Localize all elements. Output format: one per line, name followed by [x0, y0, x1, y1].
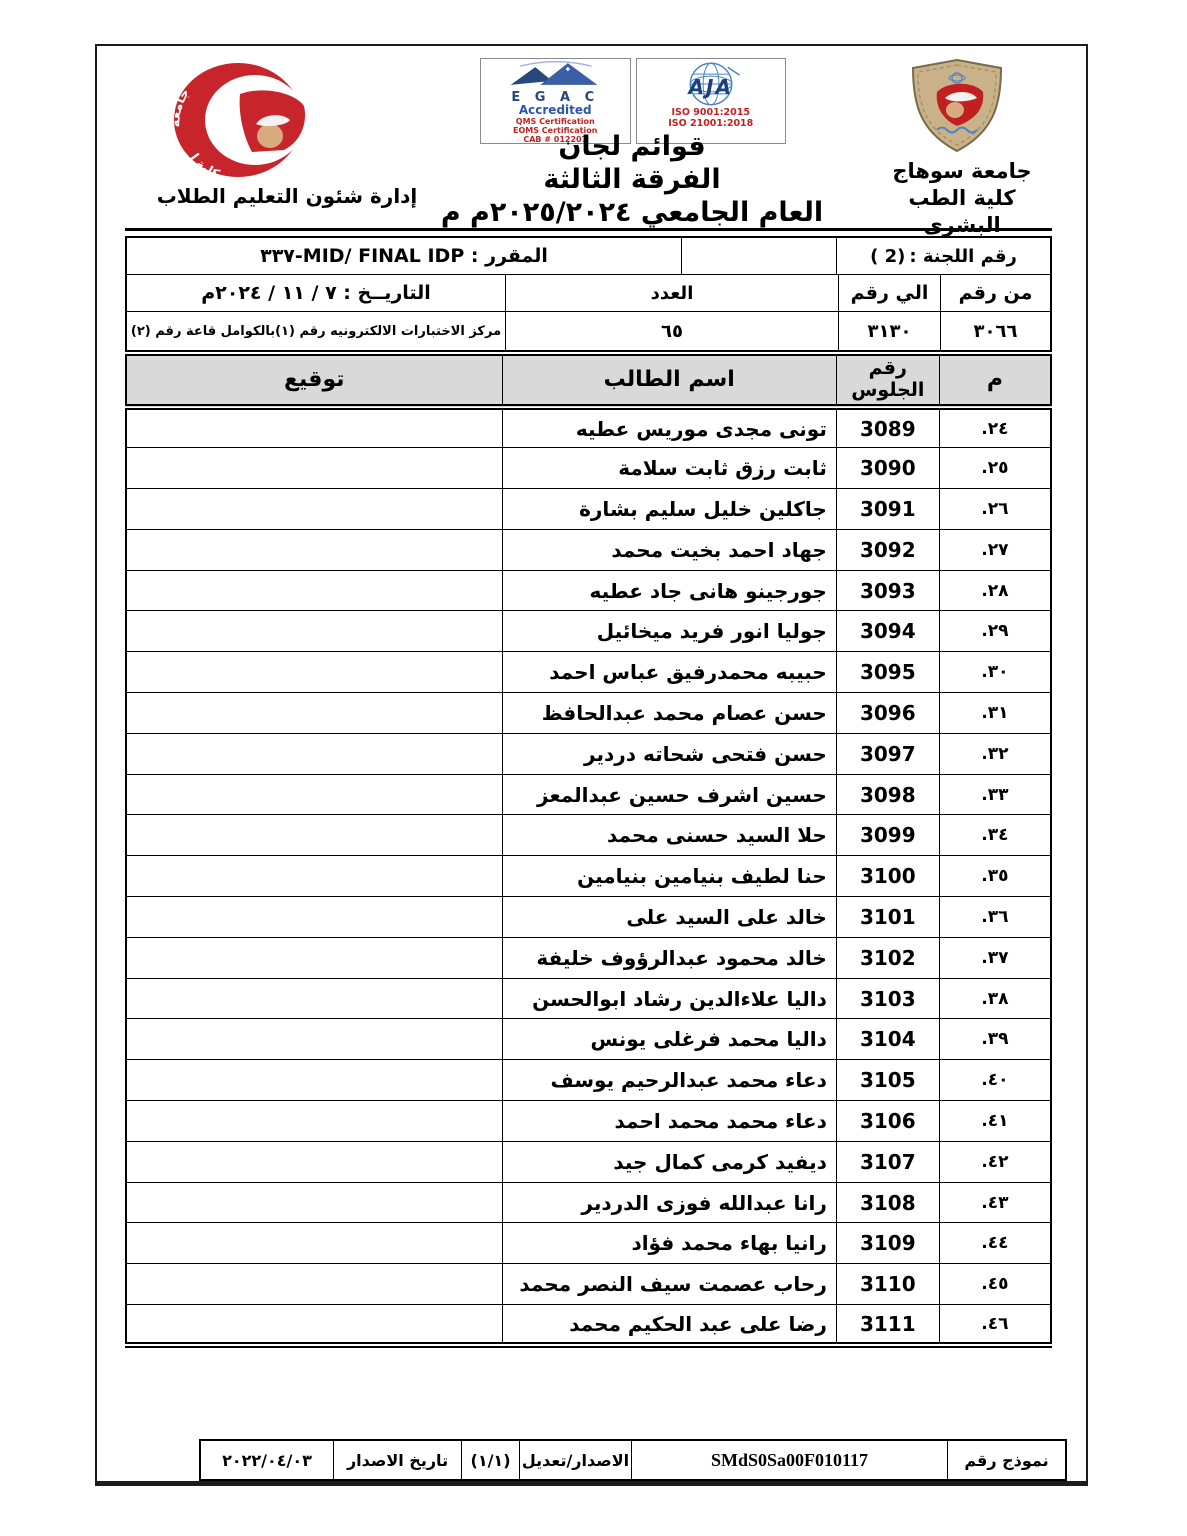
- student-name: جهاد احمد بخيت محمد: [502, 529, 836, 570]
- row-number: ٤٦.: [939, 1305, 1051, 1346]
- signature-cell: [126, 1223, 502, 1264]
- iso-line: ISO 9001:2015: [637, 107, 786, 118]
- student-name: خالد على السيد على: [502, 897, 836, 938]
- seat-number: 3095: [836, 652, 939, 693]
- signature-cell: [126, 897, 502, 938]
- signature-cell: [126, 1101, 502, 1142]
- student-row: ٢٥. 3090 ثابت رزق ثابت سلامة: [126, 448, 1051, 489]
- seat-number: 3108: [836, 1182, 939, 1223]
- to-number-label: الي رقم: [838, 275, 940, 311]
- student-name: حبيبه محمدرفيق عباس احمد: [502, 652, 836, 693]
- title-line-1: قوائم لجان: [382, 130, 882, 163]
- seat-number: 3103: [836, 978, 939, 1019]
- signature-cell: [126, 407, 502, 448]
- col-header-seat: رقم الجلوس: [836, 355, 939, 407]
- signature-cell: [126, 489, 502, 530]
- issue-value: (١/١): [461, 1441, 519, 1479]
- student-row: ٤٤. 3109 رانيا بهاء محمد فؤاد: [126, 1223, 1051, 1264]
- committee-number: رقم اللجنة : ( 2): [836, 238, 1050, 274]
- info-row-3: ٣٠٦٦ ٣١٣٠ ٦٥ مركز الاختبارات الالكترونيه…: [127, 312, 1050, 350]
- seat-number: 3111: [836, 1305, 939, 1346]
- seat-number: 3110: [836, 1264, 939, 1305]
- student-row: ٤٦. 3111 رضا على عبد الحكيم محمد: [126, 1305, 1051, 1346]
- mountains-icon: [481, 61, 629, 87]
- student-row: ٣٠. 3095 حبيبه محمدرفيق عباس احمد: [126, 652, 1051, 693]
- info-empty-cell: [681, 238, 836, 274]
- seat-number: 3094: [836, 611, 939, 652]
- student-row: ٤١. 3106 دعاء محمد محمد احمد: [126, 1101, 1051, 1142]
- row-number: ٣٣.: [939, 774, 1051, 815]
- signature-cell: [126, 529, 502, 570]
- row-number: ٣٩.: [939, 1019, 1051, 1060]
- seat-number: 3096: [836, 693, 939, 734]
- student-row: ٤٣. 3108 رانا عبدالله فوزى الدردير: [126, 1182, 1051, 1223]
- document-page: جامعة سوهاج كلية الطب إدارة شئون التعليم…: [0, 0, 1187, 1536]
- student-row: ٢٤. 3089 تونى مجدى موريس عطيه: [126, 407, 1051, 448]
- row-number: ٢٦.: [939, 489, 1051, 530]
- row-number: ٢٨.: [939, 570, 1051, 611]
- row-number: ٢٤.: [939, 407, 1051, 448]
- seat-number: 3101: [836, 897, 939, 938]
- signature-cell: [126, 856, 502, 897]
- seat-number: 3089: [836, 407, 939, 448]
- page-border-frame: جامعة سوهاج كلية الطب إدارة شئون التعليم…: [95, 44, 1088, 1486]
- student-name: ديفيد كرمى كمال جيد: [502, 1141, 836, 1182]
- student-row: ٢٧. 3092 جهاد احمد بخيت محمد: [126, 529, 1051, 570]
- student-name: حسن فتحى شحاته دردير: [502, 733, 836, 774]
- signature-cell: [126, 448, 502, 489]
- exam-location: مركز الاختبارات الالكترونيه رقم (١)بالكو…: [127, 312, 505, 350]
- roster-header-row: م رقم الجلوس اسم الطالب توقيع: [126, 355, 1051, 407]
- shield-icon: [905, 58, 1009, 154]
- signature-cell: [126, 1305, 502, 1346]
- row-number: ٤٣.: [939, 1182, 1051, 1223]
- student-name: حلا السيد حسنى محمد: [502, 815, 836, 856]
- student-row: ٣٨. 3103 داليا علاءالدين رشاد ابوالحسن: [126, 978, 1051, 1019]
- aja-letters: AJA: [689, 75, 733, 99]
- student-name: رانيا بهاء محمد فؤاد: [502, 1223, 836, 1264]
- student-name: داليا علاءالدين رشاد ابوالحسن: [502, 978, 836, 1019]
- title-line-2: الفرقة الثالثة: [382, 163, 882, 196]
- seat-number: 3098: [836, 774, 939, 815]
- info-row-2: من رقم الي رقم العدد التاريــخ : ٧ / ١١ …: [127, 275, 1050, 312]
- count-value: ٦٥: [505, 312, 838, 350]
- faculty-crescent-logo: جامعة سوهاج كلية الطب: [152, 58, 332, 182]
- student-row: ٢٦. 3091 جاكلين خليل سليم بشارة: [126, 489, 1051, 530]
- course-code: المقرر : MID/ FINAL IDP-٣٣٧: [127, 238, 681, 274]
- seat-number: 3093: [836, 570, 939, 611]
- row-number: ٤٤.: [939, 1223, 1051, 1264]
- col-header-name: اسم الطالب: [502, 355, 836, 407]
- row-number: ٣٥.: [939, 856, 1051, 897]
- egac-cert-line: QMS Certification: [481, 117, 630, 126]
- issue-label: الاصدار/تعديل: [519, 1441, 631, 1479]
- seat-number: 3105: [836, 1060, 939, 1101]
- form-number-label: نموذج رقم: [947, 1441, 1065, 1479]
- student-row: ٣١. 3096 حسن عصام محمد عبدالحافظ: [126, 693, 1051, 734]
- university-name: جامعة سوهاج: [867, 158, 1057, 185]
- student-row: ٢٨. 3093 جورجينو هانى جاد عطيه: [126, 570, 1051, 611]
- row-number: ٣١.: [939, 693, 1051, 734]
- form-code: SMdS0Sa00F010117: [631, 1441, 947, 1479]
- student-row: ٤٥. 3110 رحاب عصمت سيف النصر محمد: [126, 1264, 1051, 1305]
- student-name: خالد محمود عبدالرؤوف خليفة: [502, 937, 836, 978]
- signature-cell: [126, 1141, 502, 1182]
- row-number: ٤١.: [939, 1101, 1051, 1142]
- organization-title: جامعة سوهاج كلية الطب البشرى: [867, 158, 1057, 239]
- student-name: ثابت رزق ثابت سلامة: [502, 448, 836, 489]
- title-line-3: العام الجامعي ٢٠٢٥/٢٠٢٤م م: [382, 196, 882, 229]
- seat-number: 3109: [836, 1223, 939, 1264]
- student-roster-table: م رقم الجلوس اسم الطالب توقيع ٢٤. 3089 ت…: [125, 354, 1052, 1348]
- seat-number: 3100: [836, 856, 939, 897]
- signature-cell: [126, 1182, 502, 1223]
- signature-cell: [126, 978, 502, 1019]
- exam-info-table: رقم اللجنة : ( 2) المقرر : MID/ FINAL ID…: [125, 236, 1052, 352]
- seat-number: 3090: [836, 448, 939, 489]
- row-number: ٣٧.: [939, 937, 1051, 978]
- signature-cell: [126, 652, 502, 693]
- student-name: جاكلين خليل سليم بشارة: [502, 489, 836, 530]
- student-row: ٣٧. 3102 خالد محمود عبدالرؤوف خليفة: [126, 937, 1051, 978]
- seat-number: 3091: [836, 489, 939, 530]
- student-name: دعاء محمد محمد احمد: [502, 1101, 836, 1142]
- student-name: جوليا انور فريد ميخائيل: [502, 611, 836, 652]
- row-number: ٤٢.: [939, 1141, 1051, 1182]
- exam-date: التاريــخ : ٧ / ١١ / ٢٠٢٤م: [127, 275, 505, 311]
- student-name: حسين اشرف حسين عبدالمعز: [502, 774, 836, 815]
- faculty-name: كلية الطب البشرى: [867, 185, 1057, 239]
- from-number-label: من رقم: [940, 275, 1050, 311]
- seat-number: 3107: [836, 1141, 939, 1182]
- signature-cell: [126, 1264, 502, 1305]
- student-row: ٣٥. 3100 حنا لطيف بنيامين بنيامين: [126, 856, 1051, 897]
- col-header-number: م: [939, 355, 1051, 407]
- student-row: ٤٢. 3107 ديفيد كرمى كمال جيد: [126, 1141, 1051, 1182]
- student-row: ٤٠. 3105 دعاء محمد عبدالرحيم يوسف: [126, 1060, 1051, 1101]
- iso-line: ISO 21001:2018: [637, 118, 786, 129]
- committee-number-value: ( 2): [870, 246, 905, 267]
- row-number: ٤٠.: [939, 1060, 1051, 1101]
- row-number: ٢٧.: [939, 529, 1051, 570]
- col-header-signature: توقيع: [126, 355, 502, 407]
- egac-accredited-label: Accredited: [481, 104, 630, 117]
- seat-number: 3102: [836, 937, 939, 978]
- student-name: رضا على عبد الحكيم محمد: [502, 1305, 836, 1346]
- row-number: ٣٨.: [939, 978, 1051, 1019]
- seat-number: 3092: [836, 529, 939, 570]
- row-number: ٣٢.: [939, 733, 1051, 774]
- signature-cell: [126, 774, 502, 815]
- student-name: رانا عبدالله فوزى الدردير: [502, 1182, 836, 1223]
- student-name: دعاء محمد عبدالرحيم يوسف: [502, 1060, 836, 1101]
- row-number: ٣٠.: [939, 652, 1051, 693]
- student-name: حسن عصام محمد عبدالحافظ: [502, 693, 836, 734]
- student-row: ٣٣. 3098 حسين اشرف حسين عبدالمعز: [126, 774, 1051, 815]
- seat-number: 3097: [836, 733, 939, 774]
- from-number-value: ٣٠٦٦: [940, 312, 1050, 350]
- row-number: ٤٥.: [939, 1264, 1051, 1305]
- student-name: رحاب عصمت سيف النصر محمد: [502, 1264, 836, 1305]
- seat-number: 3104: [836, 1019, 939, 1060]
- student-row: ٣٦. 3101 خالد على السيد على: [126, 897, 1051, 938]
- signature-cell: [126, 937, 502, 978]
- info-row-1: رقم اللجنة : ( 2) المقرر : MID/ FINAL ID…: [127, 238, 1050, 275]
- document-title-block: قوائم لجان الفرقة الثالثة العام الجامعي …: [382, 130, 882, 229]
- form-footer-table: نموذج رقم SMdS0Sa00F010117 الاصدار/تعديل…: [199, 1439, 1067, 1481]
- signature-cell: [126, 815, 502, 856]
- university-shield-logo: [905, 58, 1009, 154]
- signature-cell: [126, 570, 502, 611]
- signature-cell: [126, 693, 502, 734]
- signature-cell: [126, 733, 502, 774]
- seat-number: 3099: [836, 815, 939, 856]
- signature-cell: [126, 611, 502, 652]
- issue-date-label: تاريخ الاصدار: [333, 1441, 461, 1479]
- row-number: ٢٥.: [939, 448, 1051, 489]
- row-number: ٢٩.: [939, 611, 1051, 652]
- student-name: جورجينو هانى جاد عطيه: [502, 570, 836, 611]
- count-label: العدد: [505, 275, 838, 311]
- to-number-value: ٣١٣٠: [838, 312, 940, 350]
- signature-cell: [126, 1060, 502, 1101]
- student-name: داليا محمد فرغلى يونس: [502, 1019, 836, 1060]
- row-number: ٣٦.: [939, 897, 1051, 938]
- crescent-icon: جامعة سوهاج كلية الطب: [152, 58, 332, 182]
- student-name: تونى مجدى موريس عطيه: [502, 407, 836, 448]
- student-row: ٣٩. 3104 داليا محمد فرغلى يونس: [126, 1019, 1051, 1060]
- row-number: ٣٤.: [939, 815, 1051, 856]
- signature-cell: [126, 1019, 502, 1060]
- student-row: ٢٩. 3094 جوليا انور فريد ميخائيل: [126, 611, 1051, 652]
- issue-date-value: ٢٠٢٢/٠٤/٠٣: [201, 1441, 333, 1479]
- student-row: ٣٢. 3097 حسن فتحى شحاته دردير: [126, 733, 1051, 774]
- student-row: ٣٤. 3099 حلا السيد حسنى محمد: [126, 815, 1051, 856]
- student-name: حنا لطيف بنيامين بنيامين: [502, 856, 836, 897]
- seat-number: 3106: [836, 1101, 939, 1142]
- header-divider-line: [125, 228, 1052, 231]
